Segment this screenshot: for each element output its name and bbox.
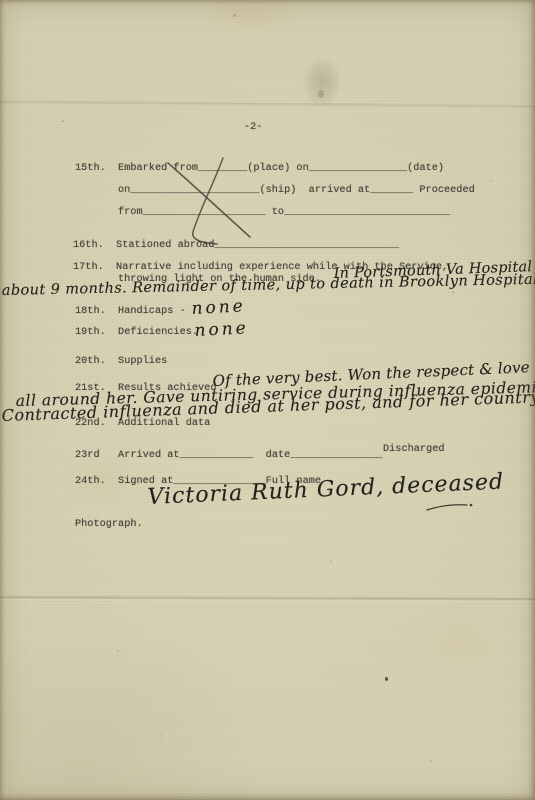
paper-speck xyxy=(430,760,432,762)
item-23-discharged: Discharged xyxy=(383,443,445,455)
photograph-label: Photograph. xyxy=(75,518,143,530)
handwritten-item-19-entry: none xyxy=(194,320,249,339)
signature-flourish xyxy=(425,498,477,514)
item-18: 18th. Handicaps - xyxy=(75,305,186,317)
fold-crease-top xyxy=(0,100,535,109)
paper-speck xyxy=(160,735,162,737)
paper-speck xyxy=(330,560,332,562)
paper-speck xyxy=(385,677,388,681)
cross-out-mark xyxy=(160,152,260,252)
fold-crease-middle xyxy=(0,595,535,603)
paper-speck xyxy=(62,120,64,122)
item-23: 23rd Arrived at____________ date________… xyxy=(75,449,383,461)
paper-speck xyxy=(233,14,236,17)
item-19: 19th. Deficiencies. xyxy=(75,326,198,338)
paper-speck xyxy=(490,180,492,182)
item-20: 20th. Supplies xyxy=(75,355,167,367)
page-number: -2- xyxy=(244,121,262,133)
handwritten-item-18-entry: none xyxy=(191,298,246,317)
paper-speck xyxy=(117,650,119,652)
paper-speck xyxy=(318,90,324,98)
paper-speck xyxy=(452,291,454,293)
document-page: -2- 15th. Embarked from________(place) o… xyxy=(0,0,535,800)
